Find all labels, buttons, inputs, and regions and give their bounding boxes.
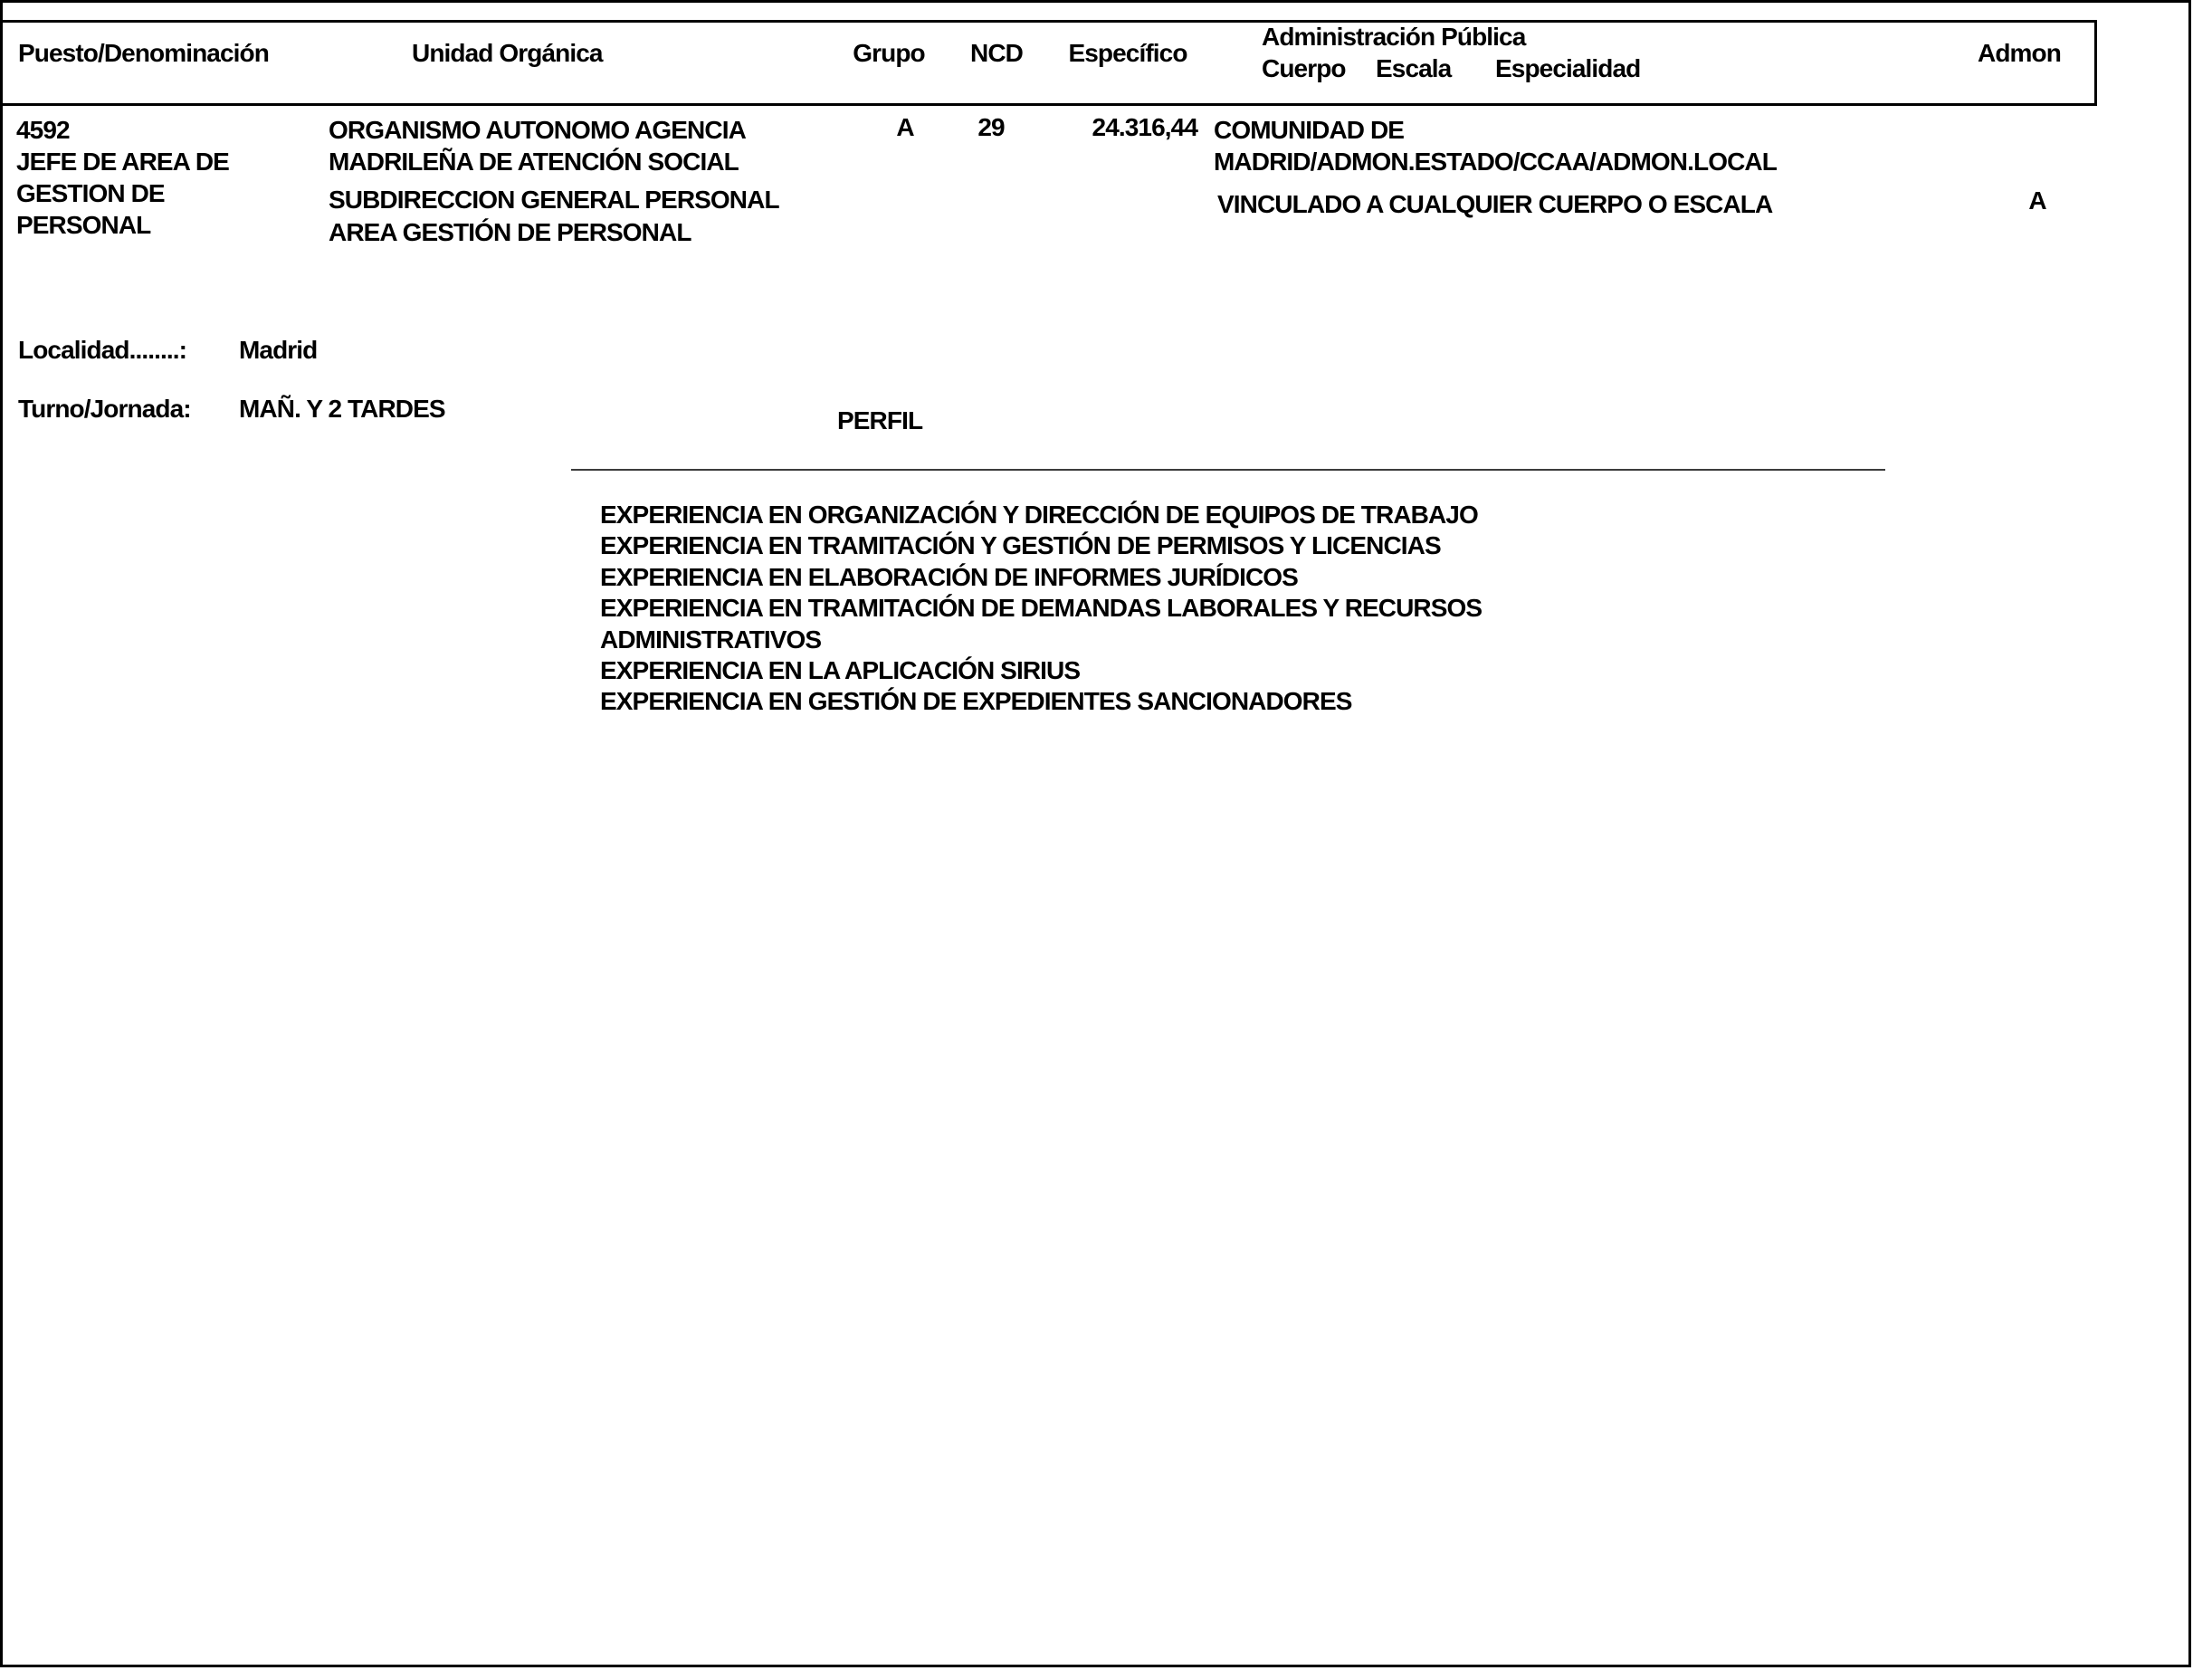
localidad-value: Madrid [239,337,317,364]
column-header-unidad: Unidad Orgánica [412,40,603,67]
column-header-escala: Escala [1376,55,1451,82]
column-header-cuerpo: Cuerpo [1262,55,1346,82]
perfil-item: EXPERIENCIA EN GESTIÓN DE EXPEDIENTES SA… [600,686,1482,717]
perfil-item: EXPERIENCIA EN ELABORACIÓN DE INFORMES J… [600,562,1482,593]
localidad-label: Localidad........: [18,337,186,364]
puesto-denominacion-line: JEFE DE AREA DE [16,146,229,177]
vinculado-line: VINCULADO A CUALQUIER CUERPO O ESCALA [1217,191,1772,218]
perfil-item: EXPERIENCIA EN TRAMITACIÓN Y GESTIÓN DE … [600,530,1482,561]
puesto-denominacion-line: PERSONAL [16,209,229,241]
puesto-codigo: 4592 [16,114,229,146]
column-header-ncd: NCD [956,40,1037,67]
perfil-item: EXPERIENCIA EN TRAMITACIÓN DE DEMANDAS L… [600,593,1482,624]
perfil-title: PERFIL [837,407,922,434]
turno-label: Turno/Jornada: [18,396,191,423]
perfil-list: EXPERIENCIA EN ORGANIZACIÓN Y DIRECCIÓN … [600,500,1482,718]
unidad-organismo-line: MADRILEÑA DE ATENCIÓN SOCIAL [329,146,746,177]
puesto-denominacion-line: GESTION DE [16,177,229,209]
unidad-subdireccion: SUBDIRECCION GENERAL PERSONAL [329,186,779,214]
ncd-value: 29 [950,114,1032,141]
perfil-item: EXPERIENCIA EN ORGANIZACIÓN Y DIRECCIÓN … [600,500,1482,530]
grupo-value: A [860,114,950,141]
column-header-administracion-publica: Administración Pública [1262,24,1525,51]
column-header-puesto: Puesto/Denominación [18,40,269,67]
administracion-cell: COMUNIDAD DE MADRID/ADMON.ESTADO/CCAA/AD… [1214,114,1777,177]
administracion-line: COMUNIDAD DE [1214,114,1777,146]
unidad-organismo-line: ORGANISMO AUTONOMO AGENCIA [329,114,746,146]
turno-value: MAÑ. Y 2 TARDES [239,396,445,423]
admon-value: A [1964,187,2111,215]
puesto-denominacion-cell: 4592 JEFE DE AREA DE GESTION DE PERSONAL [16,114,229,241]
especifico-value: 24.316,44 [1034,114,1197,141]
column-header-especifico: Específico [1048,40,1207,67]
unidad-area: AREA GESTIÓN DE PERSONAL [329,219,691,246]
unidad-organismo: ORGANISMO AUTONOMO AGENCIA MADRILEÑA DE … [329,114,746,177]
perfil-divider [571,469,1885,471]
perfil-item: EXPERIENCIA EN LA APLICACIÓN SIRIUS [600,655,1482,686]
column-header-admon: Admon [1946,40,2093,67]
page-border [0,0,2191,1667]
administracion-line: MADRID/ADMON.ESTADO/CCAA/ADMON.LOCAL [1214,146,1777,177]
column-header-grupo: Grupo [840,40,938,67]
column-header-especialidad: Especialidad [1495,55,1640,82]
job-listing-page: Puesto/Denominación Unidad Orgánica Grup… [0,0,2212,1680]
perfil-item-continuation: ADMINISTRATIVOS [600,625,1482,655]
